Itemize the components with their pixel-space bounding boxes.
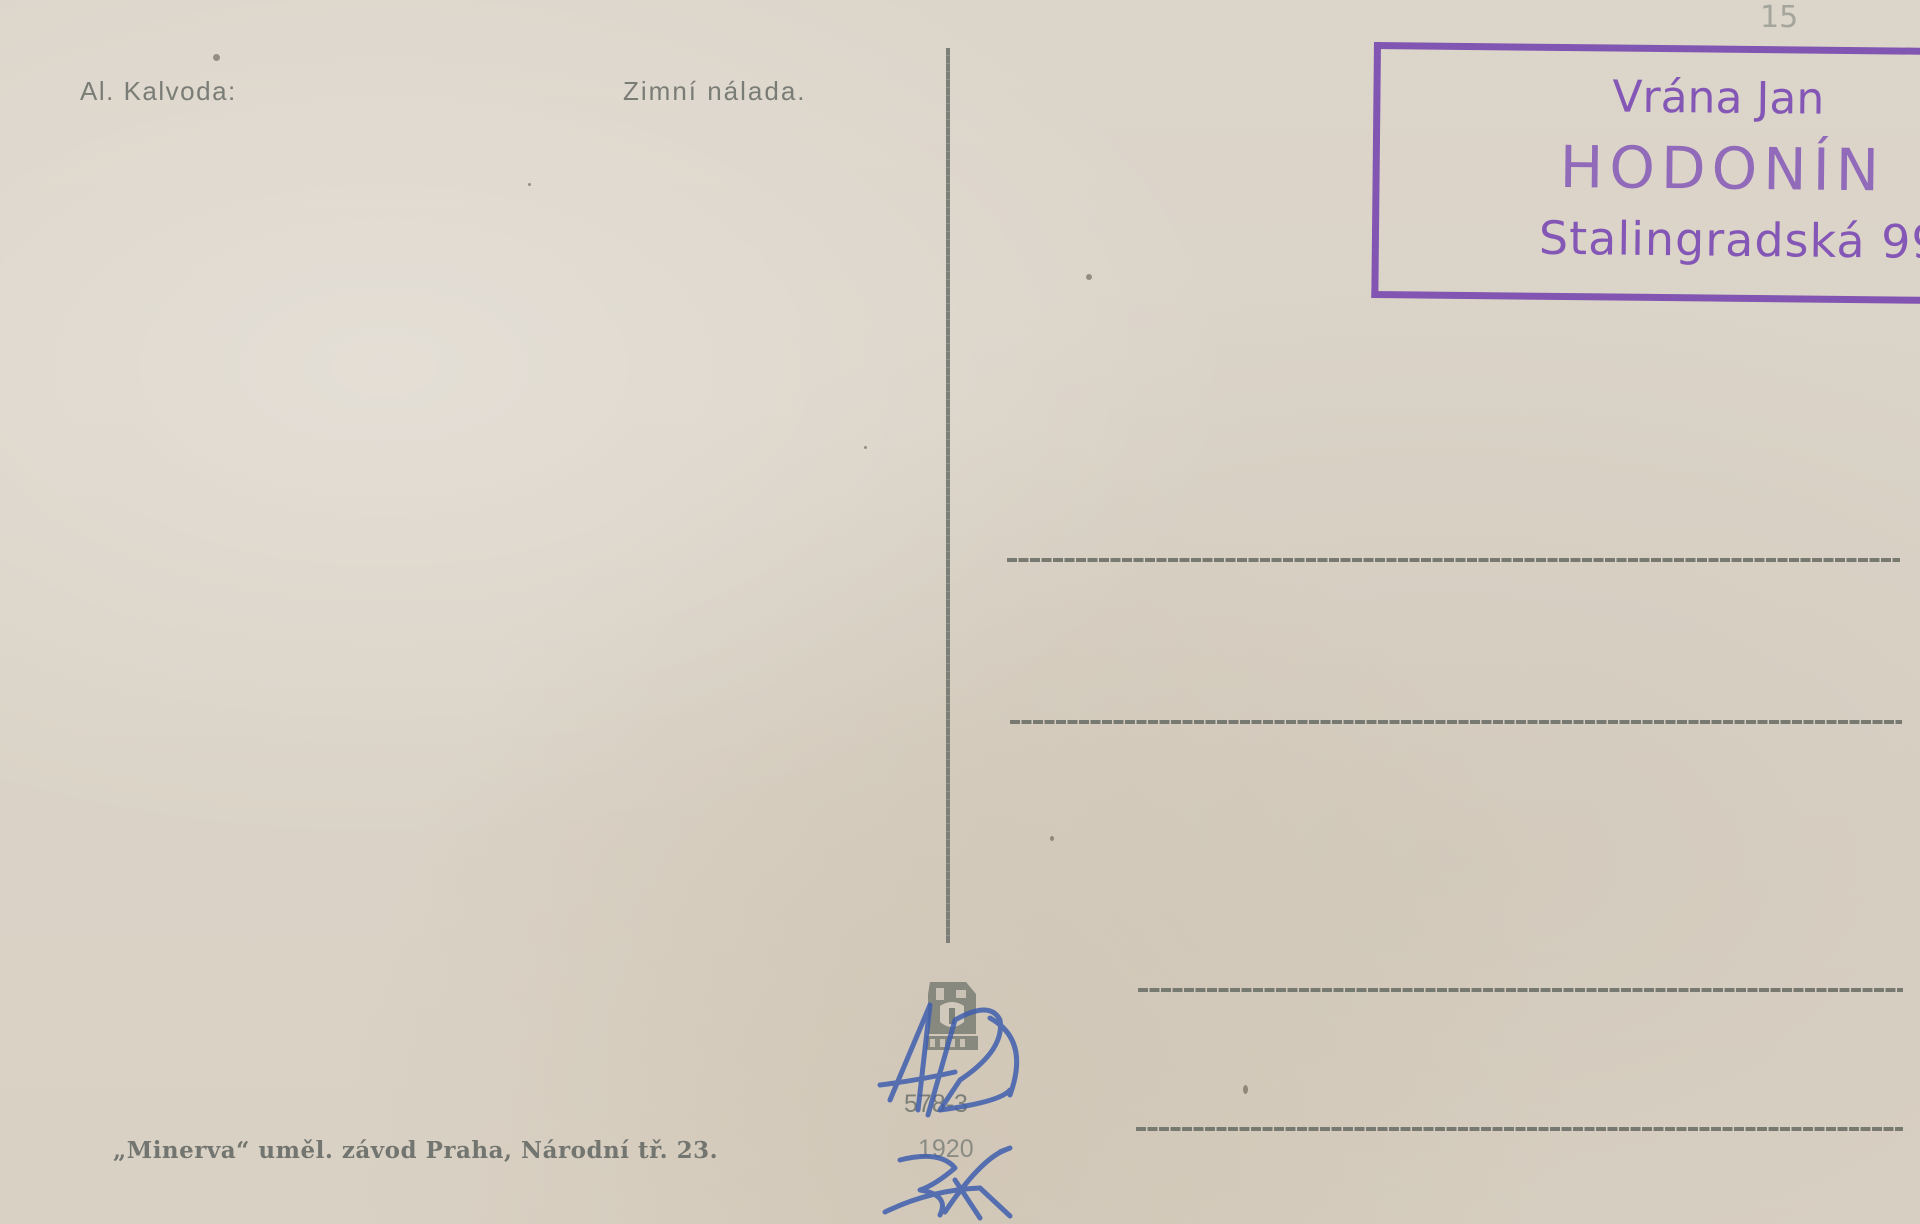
pencil-note: 15 [1760, 0, 1798, 35]
stamp-city: HODONÍN [1559, 133, 1885, 204]
artist-name: Al. Kalvoda: [80, 76, 237, 107]
paper-speck [864, 446, 867, 449]
address-line [1138, 988, 1903, 992]
address-line [1136, 1127, 1903, 1131]
artwork-title: Zimní nálada. [623, 76, 807, 107]
print-year: 1920 [918, 1135, 974, 1164]
paper-speck [1050, 836, 1054, 841]
publisher-imprint: „Minerva“ uměl. závod Praha, Národní tř.… [113, 1137, 718, 1164]
address-line [1007, 558, 1900, 562]
publisher-logo-icon [920, 978, 984, 1066]
stamp-street: Stalingradská 99 [1539, 211, 1920, 269]
paper-speck [1243, 1085, 1248, 1094]
paper-speck [1086, 274, 1092, 280]
address-line [1010, 720, 1902, 724]
paper-speck [213, 54, 220, 61]
stamp-name: Vrána Jan [1612, 72, 1824, 125]
catalog-number: 578-3 [904, 1090, 968, 1119]
paper-speck [528, 183, 531, 186]
center-divider [946, 48, 950, 943]
address-stamp: Vrána Jan HODONÍN Stalingradská 99 [1371, 42, 1920, 304]
